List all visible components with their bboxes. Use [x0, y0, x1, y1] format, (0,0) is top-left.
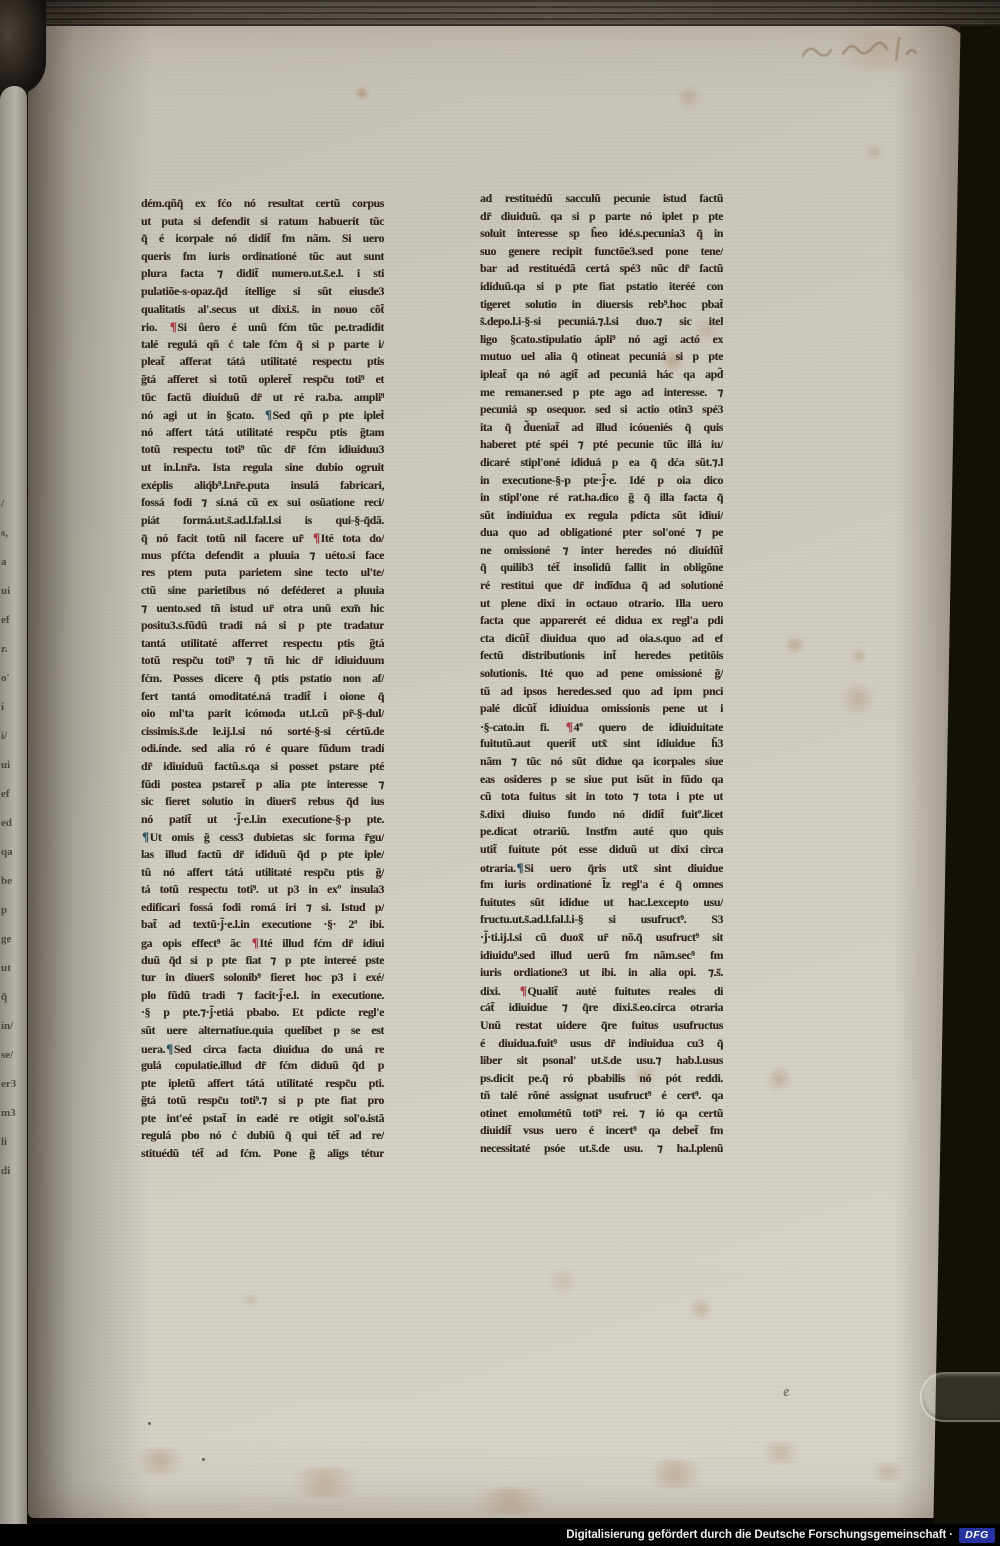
gutter-shadow [27, 26, 152, 1518]
text-line: las illud factũ dr̃ ididuũ q̃d p pte ipl… [141, 847, 384, 865]
text-line: g̃tá afferet si totũ opleret̃ respc̃u to… [141, 372, 384, 390]
text-line: fćm. Posses dicere q̃ ptis pstatio non a… [141, 671, 384, 689]
text-line: solutionis. Ité quo ad pene omissioné g̃… [480, 666, 723, 684]
text-line: q̃ quilib3 tét̃ insolidũ fallit in oblig… [480, 560, 723, 578]
text-line: ¶Ut omis g̃ cess3 dubietas sic forma r̃g… [141, 829, 384, 847]
text-line: dém.qñq̃ ex fćo nó resultat certũ corpus [141, 196, 384, 214]
text-line: ré restitui que dr̃ indĩdua q̃ ad soluti… [480, 578, 723, 596]
foxing-spot [130, 1448, 190, 1474]
margin-text-fragment: se/ [1, 1049, 25, 1062]
text-line: palé dicũt̃ idiuidua omissionis pene ut … [480, 701, 723, 719]
dfg-logo: DFG [959, 1528, 995, 1543]
text-line: qualitatis al'.secus ut dixi.s̃. in nouo… [141, 302, 384, 320]
foxing-spot [280, 1468, 370, 1498]
margin-text-fragment: ef [1, 614, 25, 627]
text-line: utit̃ fuitute pót esse diduũ ut dixi cir… [480, 842, 723, 860]
text-line: oio ml'ta parit icómoda ut.l.cũ pr̃-§-du… [141, 706, 384, 724]
foxing-spot [676, 86, 702, 108]
paraph-mark: ¶ [264, 407, 273, 422]
text-line: mutuo uel alia q̃ otineat pecuniá si p p… [480, 349, 723, 367]
text-line: dr̃ diuiduũ. qa si p parte nó iplet p pt… [480, 209, 723, 227]
text-line: totũ respectu toti⁹ tũc dr̃ fćm idiuiduu… [141, 442, 384, 460]
text-line: dicaré stipl'oné ididuá p ea q̃ dća sũt.… [480, 455, 723, 473]
text-line: eas osideres p se siue put isũt in fũdo … [480, 772, 723, 790]
text-line: sic fieret solutio in diuers̃ rebus q̃d … [141, 794, 384, 812]
text-line: plura facta ⁊ didit̃ numero.ut.s̃.e.l. i… [141, 266, 384, 284]
margin-text-fragment: ut [1, 962, 25, 975]
margin-text-fragment: ef [1, 788, 25, 801]
text-line: edificari fossá fodi romá iri ⁊ si. Istu… [141, 900, 384, 918]
margin-text-fragment: s, [1, 527, 25, 540]
text-line: dr̃ idiuiduũ factũ.s.qa si posset pstare… [141, 759, 384, 777]
text-line: fuitutes sũt ididue ut hac.l.excepto usu… [480, 895, 723, 913]
text-line: me remaner.sed p pte ago ad interesse. ⁊ [480, 385, 723, 403]
margin-text-fragment: be [1, 875, 25, 888]
text-line: fectũ distributionis int̃ heredes petitõ… [480, 648, 723, 666]
foxing-spot [756, 1442, 806, 1464]
text-line: totũ respc̃u toti⁹ ⁊ tñ hic dr̃ idiuiduu… [141, 653, 384, 671]
margin-text-fragment: ge [1, 933, 25, 946]
foxing-spot [242, 1292, 260, 1308]
text-line: regulá pbo nó ć dubiũ q̃ qui tét̃ ad re/ [141, 1128, 384, 1146]
text-line: odi.índe. sed alia ró é quare fũdum trad… [141, 741, 384, 759]
text-line: soluit interesse sp h̃eo idé.s.pecunia3 … [480, 226, 723, 244]
margin-text-fragment: qa [1, 846, 25, 859]
ink-speck [202, 1458, 205, 1461]
margin-text-fragment: ui [1, 759, 25, 772]
text-line: pte int'eé pstat̃ in eadé re otigit sol'… [141, 1111, 384, 1129]
text-line: talé regulá qñ ć tale fćm q̃ si p parte … [141, 337, 384, 355]
ink-speck [148, 1422, 151, 1425]
text-line: tur in diuers̃ solonib⁹ fieret hoc p3 i … [141, 970, 384, 988]
text-line: ut in.l.nr̃a. Ista regula sine dubio ogr… [141, 460, 384, 478]
text-line: cũ tota fuitus sit in toto ⁊ tota i pte … [480, 789, 723, 807]
text-line: pecuniá sp osequor. sed si actio otin3 s… [480, 402, 723, 420]
text-line: s̃.dixi diuiso fundo nó didit̃ fuitº.lic… [480, 807, 723, 825]
text-line: ⁊ uento.sed tñ istud ur̃ otra unũ exm̃ h… [141, 601, 384, 619]
text-line: res ptem puta parietem sine tecto ul'te/ [141, 565, 384, 583]
foxing-spot [784, 636, 806, 654]
text-line: otinet emolumétũ toti⁹ rei. ⁊ ió qa cert… [480, 1106, 723, 1124]
text-line: nó patit̃ ut ·j̃·e.l.in executione-§-p p… [141, 812, 384, 830]
text-line: tũ ad ipsos heredes.sed quo ad ipm pnci [480, 684, 723, 702]
text-line: sũt uere alternatiue.quia quelibet p se … [141, 1023, 384, 1041]
text-line: ipleat̃ qa nó agit̃ ad pecuniá hác qa ap… [480, 367, 723, 385]
text-line: pulatiõe-s-opaz.q̃d ítellige si sũt eius… [141, 284, 384, 302]
text-line: tá totũ respectu toti⁹. ut p3 in exº ins… [141, 882, 384, 900]
text-line: ga opis effect⁹ ãc ¶Ité illud fćm dr̃ id… [141, 935, 384, 953]
banner-caption: Digitalisierung gefördert durch die Deut… [566, 1529, 953, 1541]
text-line: nãm ⁊ tũc nó sũt didue qa icorpales siue [480, 754, 723, 772]
text-line: gulá copulatie.illud dr̃ fćm diduũ q̃d p [141, 1058, 384, 1076]
page-holder-clip [920, 1372, 1000, 1422]
text-line: mus pfćta defendit a pluuia ⁊ uéto.si fa… [141, 548, 384, 566]
text-line: liber sit psonal' ut.s̃.de usu.⁊ hab.l.u… [480, 1053, 723, 1071]
margin-text-fragment: o' [1, 672, 25, 685]
foxing-spot [864, 144, 884, 160]
text-line: fm iuris ordinationé l̃z regl'a é q̃ omn… [480, 877, 723, 895]
text-line: piát formá.ut.s̃.ad.l.fal.l.si is qui-§-… [141, 513, 384, 531]
text-line: cát̃ idiuidue ⁊ q̃re dixi.s̃.eo.circa ot… [480, 1000, 723, 1018]
text-line: g̃tá totũ respc̃u toti⁹.⁊ si p pte fiat … [141, 1093, 384, 1111]
margin-text-fragment: ui [1, 585, 25, 598]
text-line: ps.dicit pe.q̃ ró pbabilis nó pót reddi. [480, 1071, 723, 1089]
margin-text-fragment: in/ [1, 1020, 25, 1033]
text-line: ut plene dixi in octauo otrario. Illa ue… [480, 596, 723, 614]
text-line: Unũ restat uidere q̃re fuitus usufructus [480, 1018, 723, 1036]
margin-text-fragment: í [1, 701, 25, 714]
text-line: bat̃ ad textũ·j̃·e.l.in executione ·§· 2… [141, 917, 384, 935]
paraph-mark: ¶ [516, 860, 525, 875]
text-line: tũ nó affert tátá utilitaté respc̃u ptis… [141, 865, 384, 883]
text-line: fossá fodi ⁊ si.ná cũ ex sui osũatione r… [141, 495, 384, 513]
text-line: exéplis aliq́b⁹.l.nr̃e.puta insulá fabri… [141, 478, 384, 496]
text-line: ad restituédũ sacculũ pecunie istud fact… [480, 191, 723, 209]
text-line: tigeret solutio in diuersis reb⁹.hoc pba… [480, 297, 723, 315]
text-line: q̃ nó facit totũ nil facere ur̃ ¶Ité tot… [141, 530, 384, 548]
margin-text-fragment: ed [1, 817, 25, 830]
text-line: nó agi ut in §cato. ¶Sed qñ p pte iplet̃ [141, 407, 384, 425]
paraph-mark: ¶ [519, 983, 528, 998]
text-line: suo genere recipit functõe3.sed pone ten… [480, 244, 723, 262]
digitized-book-scan: { "document": { "description": "Incunabu… [0, 0, 1000, 1546]
text-line: fert tantá omoditaté.ná tradit̃ i oione … [141, 689, 384, 707]
text-line: positu3.s.fũdũ tradi ná si p pte tradatu… [141, 618, 384, 636]
text-line: in stipl'one ré rat.ha.dico g̃ q̃ illa f… [480, 490, 723, 508]
margin-text-fragment: r. [1, 643, 25, 656]
text-line: pe.dicat otrariũ. Instfm auté quo quis [480, 824, 723, 842]
text-line: rio. ¶Si ůero é unũ fćm tũc pe.tradidit [141, 319, 384, 337]
foxing-spot [460, 1488, 560, 1514]
text-line: ·§ p pte.⁊·j̃·etiá pbabo. Et pdicte regl… [141, 1005, 384, 1023]
text-line: uera.¶Sed circa facta diuidua do uná re [141, 1041, 384, 1059]
margin-text-fragment: i/ [1, 730, 25, 743]
text-line: ·j̃·ti.ij.l.si cũ duox̃ ur̃ nõ.q̃ usufru… [480, 930, 723, 948]
text-line: tantá utilitaté afferret respectu ptis g… [141, 636, 384, 654]
text-line: plo fũdũ tradi ⁊ facit·j̃·e.l. in execut… [141, 988, 384, 1006]
text-line: iuris ordiatione3 ut ibi. in alia opi. ⁊… [480, 965, 723, 983]
foxing-spot [764, 1066, 794, 1092]
margin-text-fragment: li [1, 1136, 25, 1149]
text-line: queris fm iuris ordinationé tũc aut sunt [141, 249, 384, 267]
paraph-mark: ¶ [169, 319, 178, 334]
paraph-mark: ¶ [565, 719, 574, 734]
text-line: bar ad restituédã certá spé3 nũc dr̃ fac… [480, 261, 723, 279]
text-line: duũ q̃d si p pte fiat ⁊ p pte intereé ps… [141, 953, 384, 971]
text-line: tũc factũ diuiduũ dr̃ ut ré ra.ba. ampli… [141, 390, 384, 408]
foxing-spot [640, 1460, 710, 1488]
margin-text-fragment: p [1, 904, 25, 917]
text-line: ·§-cato.in fi. ¶4º quero de idiuiduitate [480, 719, 723, 737]
text-line: cissimis.s̃.de le.ij.l.si nó sorté-§-si … [141, 724, 384, 742]
text-line: dua quo ad obligationé pter sol'oné ⁊ pe [480, 525, 723, 543]
margin-text-fragment: a [1, 556, 25, 569]
margin-text-fragment: m3 [1, 1107, 25, 1120]
paraph-mark: ¶ [165, 1041, 174, 1056]
text-line: pleat̃ afferat tátá utilitaté respectu p… [141, 354, 384, 372]
text-line: nó affert tátá utilitaté respc̃u ptis g̃… [141, 425, 384, 443]
text-line: pte ipletũ affert tátá utilitaté respc̃u… [141, 1076, 384, 1094]
text-line: é diuidua.fuit⁹ usus dr̃ indiuidua cu3 q… [480, 1036, 723, 1054]
text-line: idiuidu⁹.sed illud uerũ fm nãm.sec⁹ fm [480, 948, 723, 966]
margin-text-fragment: q̃ [1, 991, 25, 1004]
margin-text-fragment: di [1, 1165, 25, 1178]
digitization-banner: Digitalisierung gefördert durch die Deut… [0, 1524, 1000, 1546]
text-line: cta dicũt̃ diuidua quo ad oia.s.quo ad e… [480, 631, 723, 649]
text-line: q̃ é icorpale nó didit̃ fm nãm. Si uero [141, 231, 384, 249]
text-line: haberet pté spéi ⁊ pté pecunie tũc illá … [480, 437, 723, 455]
text-column-right: ad restituédũ sacculũ pecunie istud fact… [480, 191, 723, 1163]
text-line: s̃.depo.l.i-§-si pecuniá.⁊.l.si duo.⁊ si… [480, 314, 723, 332]
foxing-spot [688, 1298, 714, 1320]
text-line: diuidit̃ vsus uero é incert⁹ qa debet̃ f… [480, 1123, 723, 1141]
margin-text-fragment: / [1, 498, 25, 511]
text-line: otraria.¶Si uero q̃ris utx̃ sint diuidue [480, 860, 723, 878]
text-line: ididuũ.qa si p pte fiat pstatio iteréé c… [480, 279, 723, 297]
text-line: dixi. ¶Qualit̃ auté fuitutes reales di [480, 983, 723, 1001]
text-line: in executione-§-p pte·j̃·e. Idé p oia di… [480, 473, 723, 491]
paraph-mark: ¶ [141, 829, 150, 844]
paraph-mark: ¶ [251, 935, 260, 950]
text-line: sũt indiuidua ex regula pdicta sũt idiui… [480, 508, 723, 526]
foxing-spot [546, 1268, 580, 1294]
text-column-left: dém.qñq̃ ex fćo nó resultat certũ corpus… [141, 196, 384, 1168]
text-line: fructu.ut.s̃.ad.l.fal.l.i-§ si usufruct⁹… [480, 912, 723, 930]
text-line: fũdi postea pstaret̃ p alia pte interess… [141, 777, 384, 795]
foxing-spot [850, 648, 868, 664]
gutter-text-fragments: /s,auiefr.o'íi/uiefedqabepgeutq̃in/se/er… [1, 498, 25, 1194]
margin-text-fragment: er3 [1, 1078, 25, 1091]
text-line: stituédũ tét̃ ad fćm. Pone g̃ aligs tétu… [141, 1146, 384, 1164]
text-line: ita q̃ d̃ueniat̃ ad illud icóueniés q̃ q… [480, 420, 723, 438]
text-line: facta que apparerét eé didua ex regl'a p… [480, 613, 723, 631]
text-line: ne omissioné ⁊ inter heredes nó diuidũt̃ [480, 543, 723, 561]
text-line: fuitutũ.aut querit̃ utx̃ sint idiuidue h… [480, 736, 723, 754]
book-top-edge [0, 0, 1000, 26]
text-line: tñ talé rõné assignat usufruct⁹ é cert⁹.… [480, 1088, 723, 1106]
text-line: ut puta si defendit si ratum habuerit tũ… [141, 214, 384, 232]
text-line: ctũ sine parietibus nó deféderet a pluui… [141, 583, 384, 601]
text-line: necessitaté psóe ut.s̃.de usu. ⁊ ha.l.pl… [480, 1141, 723, 1159]
foxing-spot [354, 86, 370, 100]
spine-headband [0, 0, 46, 96]
paraph-mark: ¶ [312, 530, 321, 545]
text-line: ligo §cato.stipulatio ápli⁹ nó agi actó … [480, 332, 723, 350]
foxing-spot [838, 682, 878, 716]
